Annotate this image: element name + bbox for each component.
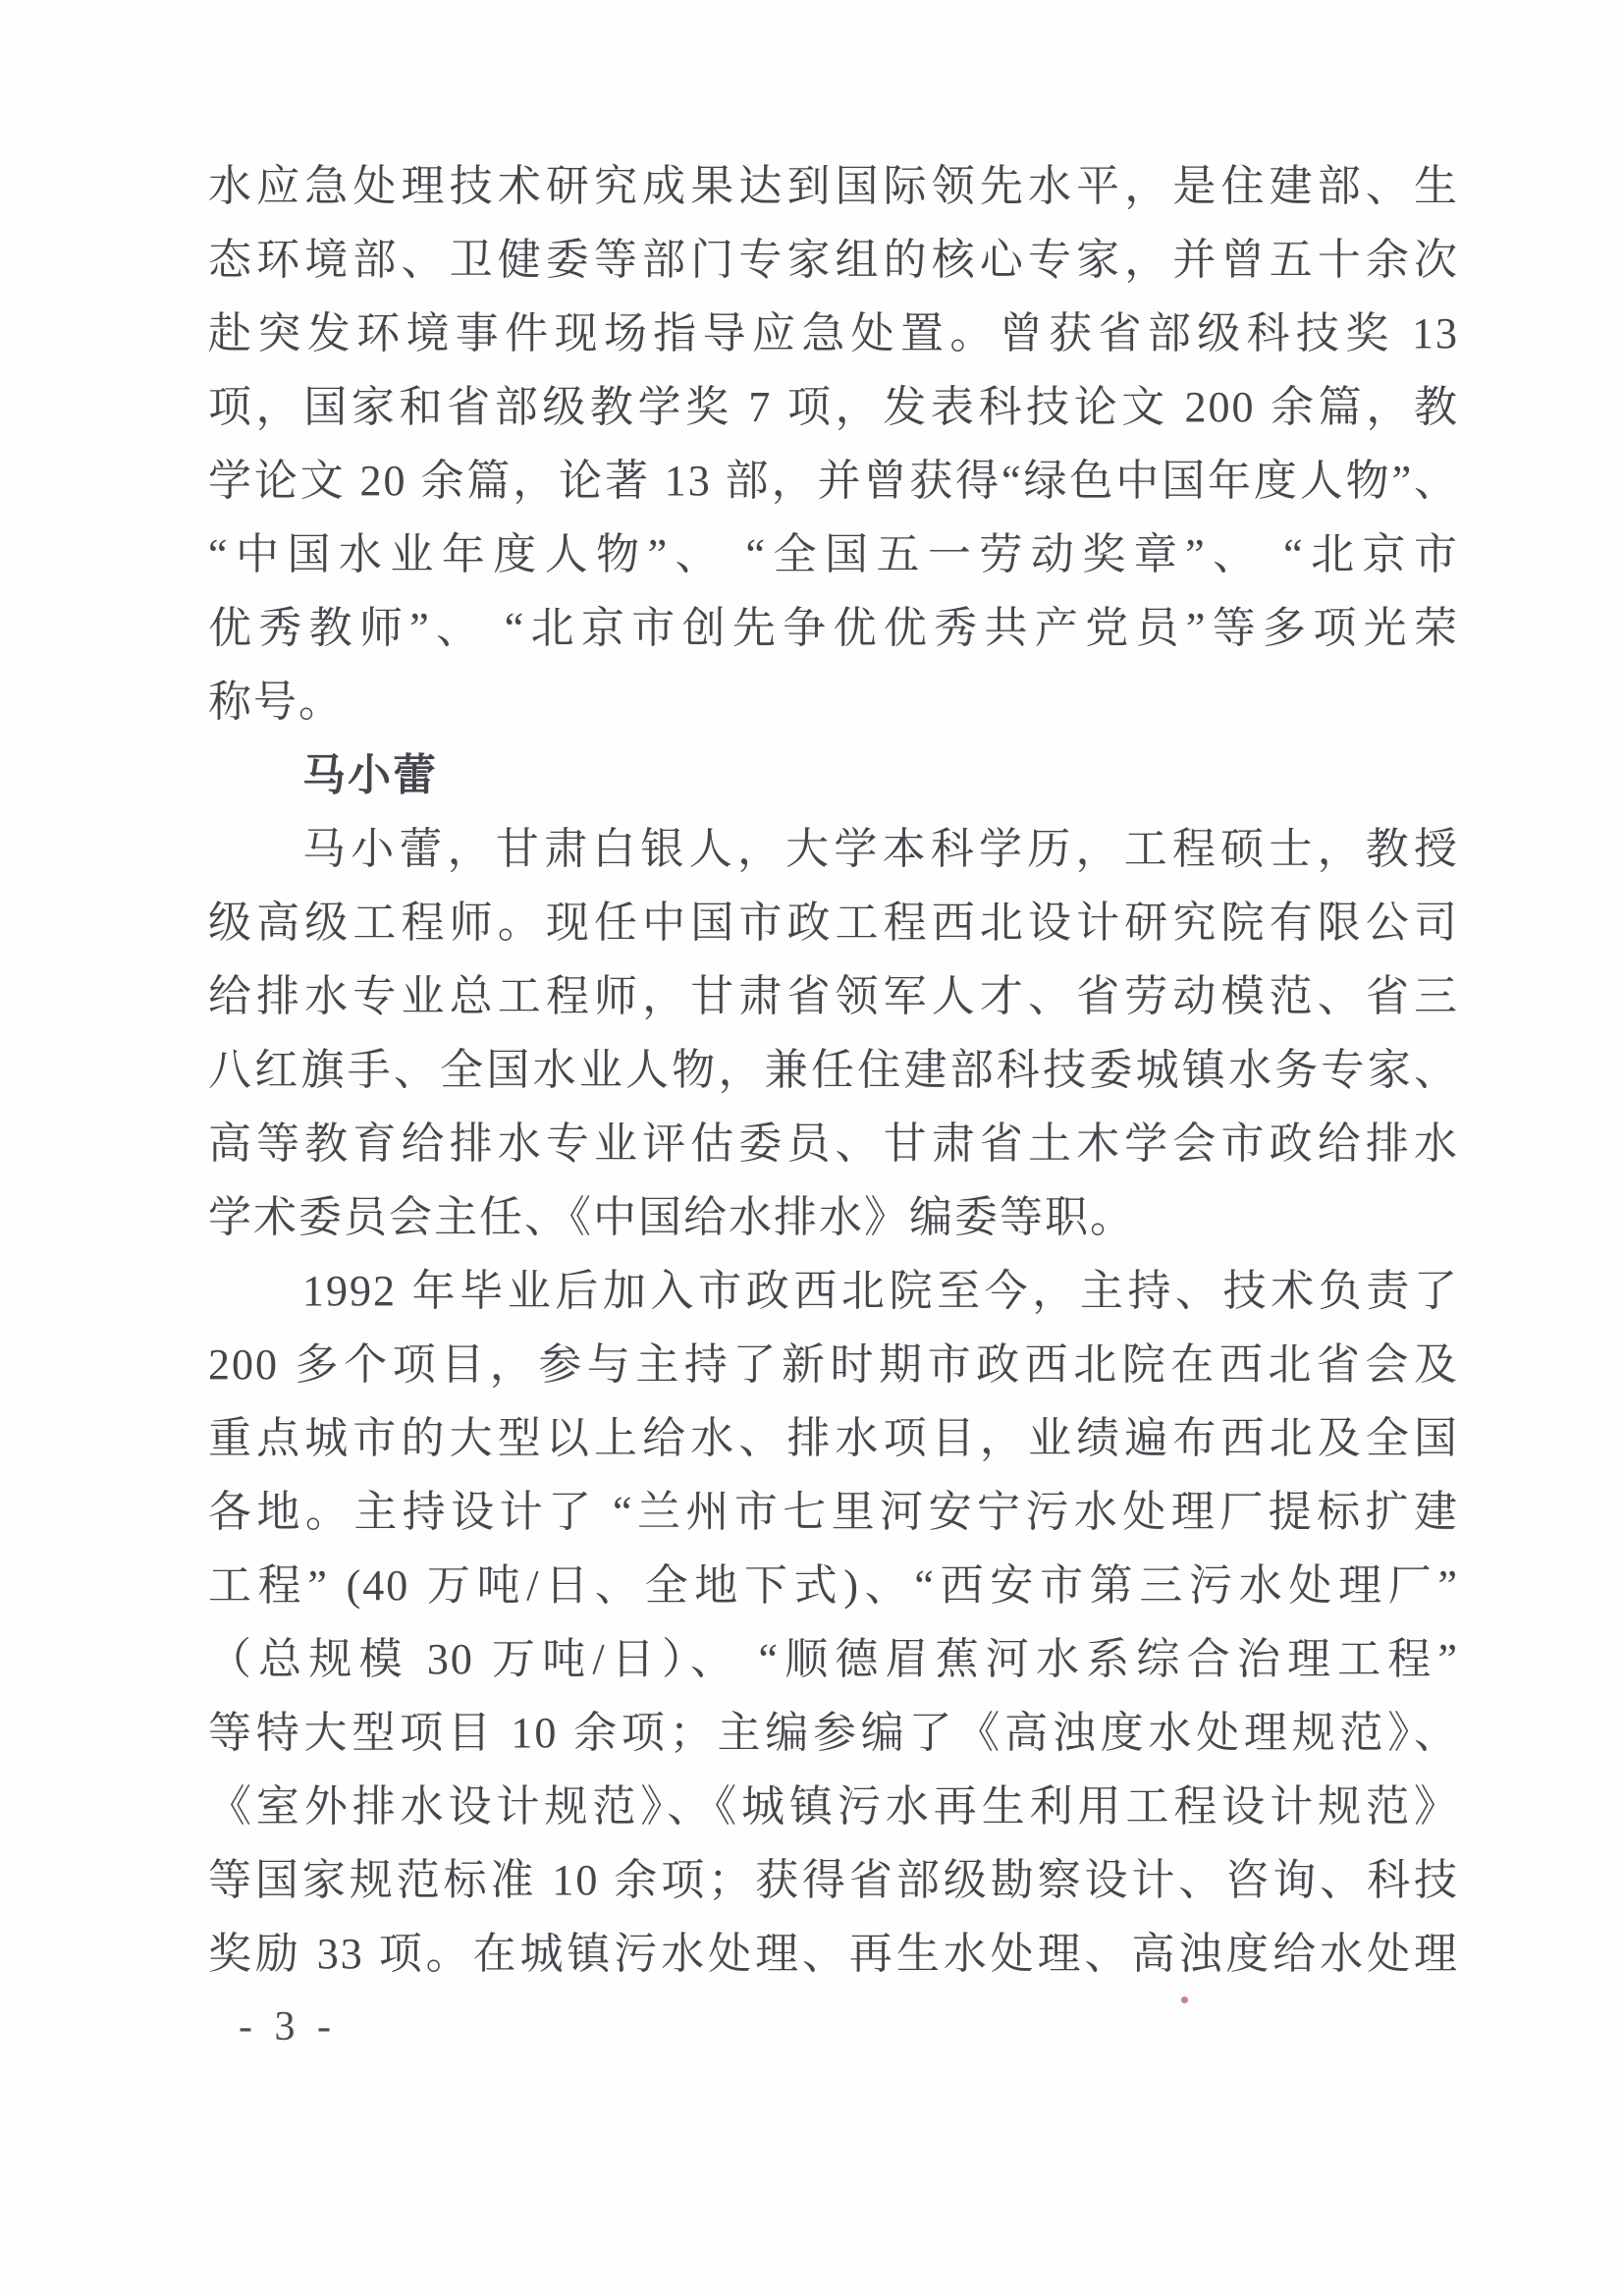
text-line: 优秀教师”、 “北京市创先争优优秀共产党员”等多项光荣	[208, 591, 1459, 665]
text-line: 学术委员会主任、《中国给水排水》编委等职。	[208, 1180, 1459, 1254]
page-number: - 3 -	[239, 2003, 337, 2050]
text-line: 等特大型项目 10 余项；主编参编了《高浊度水处理规范》、	[208, 1696, 1459, 1770]
text-line: 马小蕾，甘肃白银人，大学本科学历，工程硕士，教授	[208, 812, 1459, 886]
text-line: 高等教育给排水专业评估委员、甘肃省土木学会市政给排水	[208, 1107, 1459, 1180]
text-line: 态环境部、卫健委等部门专家组的核心专家，并曾五十余次	[208, 223, 1459, 297]
text-line: 《室外排水设计规范》、《城镇污水再生利用工程设计规范》	[208, 1770, 1459, 1843]
red-speck	[1181, 1996, 1188, 2003]
text-line: 八红旗手、全国水业人物，兼任住建部科技委城镇水务专家、	[208, 1033, 1459, 1107]
text-line: 重点城市的大型以上给水、排水项目，业绩遍布西北及全国	[208, 1401, 1459, 1475]
text-line: 奖励 33 项。在城镇污水处理、再生水处理、高浊度给水处理	[208, 1917, 1459, 1991]
text-line: “中国水业年度人物”、 “全国五一劳动奖章”、 “北京市	[208, 518, 1459, 591]
text-line: （总规模 30 万吨/日）、 “顺德眉蕉河水系综合治理工程”	[208, 1622, 1459, 1696]
text-line: 水应急处理技术研究成果达到国际领先水平，是住建部、生	[208, 149, 1459, 223]
text-line: 马小蕾	[208, 738, 1459, 812]
text-line: 学论文 20 余篇，论著 13 部，并曾获得“绿色中国年度人物”、	[208, 444, 1459, 518]
document-page: 水应急处理技术研究成果达到国际领先水平，是住建部、生态环境部、卫健委等部门专家组…	[0, 0, 1623, 2296]
document-body: 水应急处理技术研究成果达到国际领先水平，是住建部、生态环境部、卫健委等部门专家组…	[208, 149, 1459, 1991]
text-line: 赴突发环境事件现场指导应急处置。曾获省部级科技奖 13	[208, 297, 1459, 370]
text-line: 称号。	[208, 665, 1459, 738]
text-line: 工程” (40 万吨/日、全地下式)、“西安市第三污水处理厂”	[208, 1549, 1459, 1622]
text-line: 各地。主持设计了 “兰州市七里河安宁污水处理厂提标扩建	[208, 1475, 1459, 1549]
text-line: 1992 年毕业后加入市政西北院至今，主持、技术负责了	[208, 1254, 1459, 1328]
text-line: 等国家规范标准 10 余项；获得省部级勘察设计、咨询、科技	[208, 1843, 1459, 1917]
text-line: 项，国家和省部级教学奖 7 项，发表科技论文 200 余篇，教	[208, 370, 1459, 444]
text-line: 级高级工程师。现任中国市政工程西北设计研究院有限公司	[208, 886, 1459, 959]
text-line: 200 多个项目，参与主持了新时期市政西北院在西北省会及	[208, 1328, 1459, 1401]
text-line: 给排水专业总工程师，甘肃省领军人才、省劳动模范、省三	[208, 959, 1459, 1033]
